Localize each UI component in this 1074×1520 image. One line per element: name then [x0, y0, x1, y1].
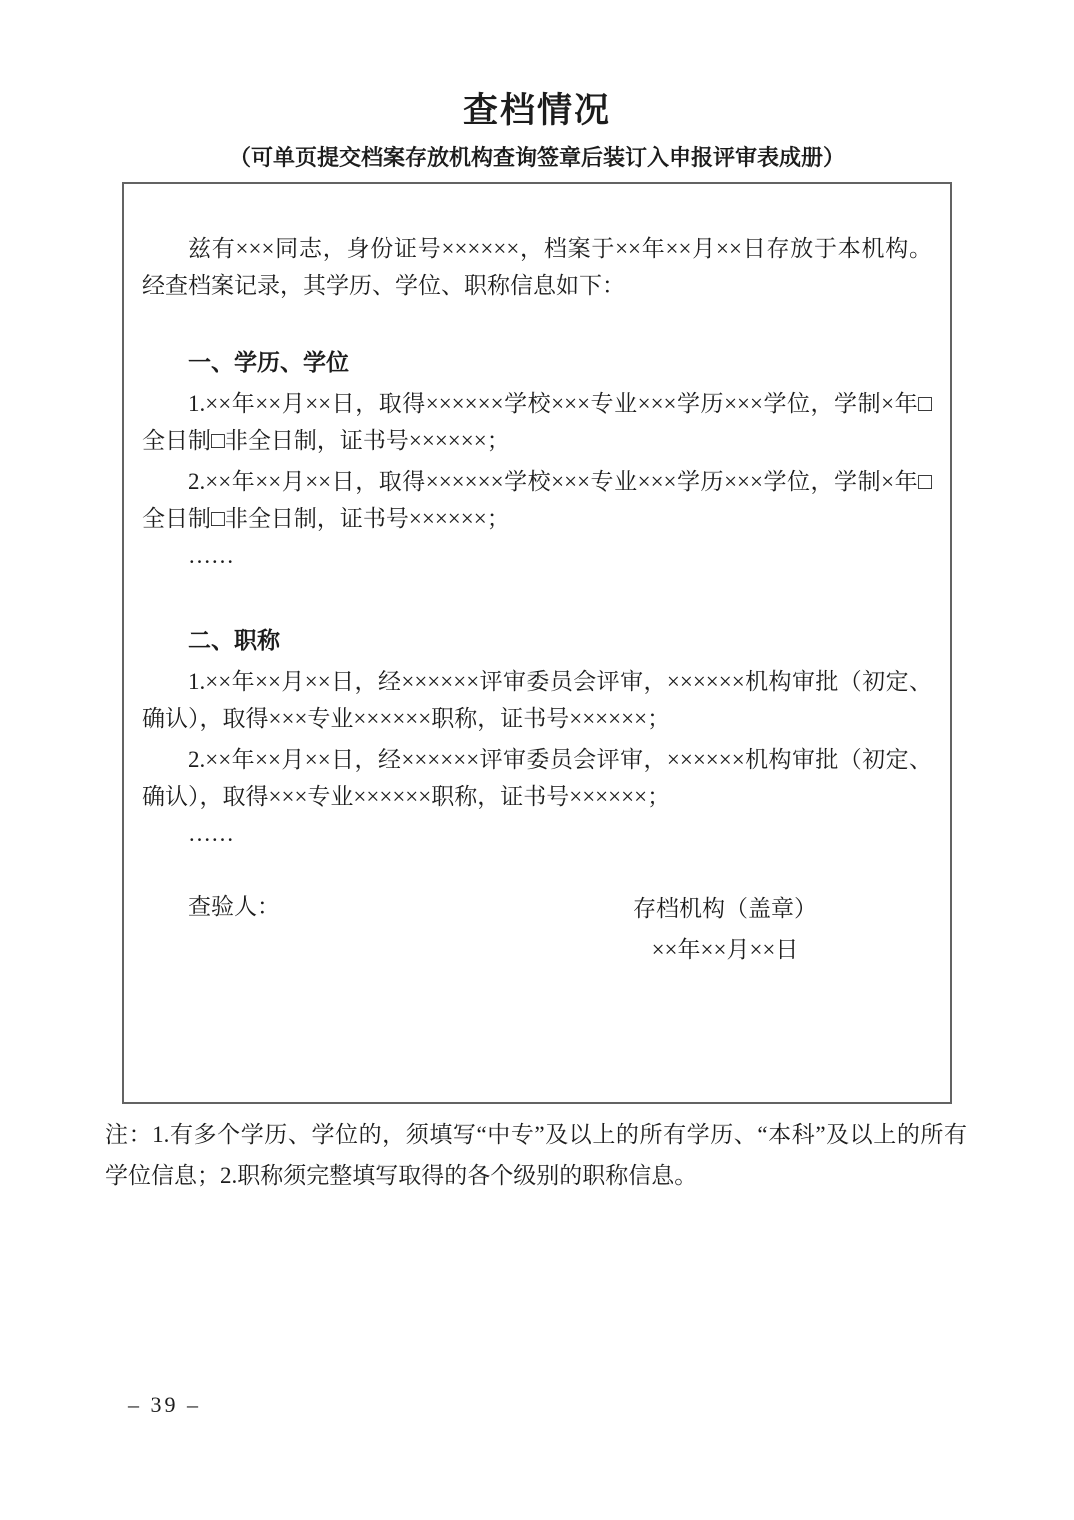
jobtitle-item-2: 2.××年××月××日，经××××××评审委员会评审，××××××机构审批（初定…: [142, 741, 932, 815]
org-seal-label: 存档机构（盖章）: [633, 888, 817, 929]
signature-date: ××年××月××日: [633, 929, 817, 970]
jobtitle-item-1: 1.××年××月××日，经××××××评审委员会评审，××××××机构审批（初定…: [142, 663, 932, 737]
inspector-label: 查验人：: [188, 888, 280, 925]
education-ellipsis: ……: [142, 537, 932, 574]
page-subtitle: （可单页提交档案存放机构查询签章后装订入申报评审表成册）: [0, 144, 1074, 172]
jobtitle-ellipsis: ……: [142, 815, 932, 852]
education-item-2: 2.××年××月××日，取得××××××学校×××专业×××学历×××学位，学制…: [142, 463, 932, 537]
education-item-1: 1.××年××月××日，取得××××××学校×××专业×××学历×××学位，学制…: [142, 385, 932, 459]
intro-paragraph: 兹有×××同志，身份证号××××××，档案于××年××月××日存放于本机构。经查…: [142, 230, 932, 304]
form-box: 兹有×××同志，身份证号××××××，档案于××年××月××日存放于本机构。经查…: [122, 182, 952, 1104]
section-education-heading: 一、学历、学位: [142, 344, 932, 381]
signature-row: 查验人： 存档机构（盖章） ××年××月××日: [142, 888, 932, 970]
document-page: 查档情况 （可单页提交档案存放机构查询签章后装订入申报评审表成册） 兹有×××同…: [0, 0, 1074, 1520]
page-title: 查档情况: [0, 0, 1074, 132]
org-signature-block: 存档机构（盖章） ××年××月××日: [633, 888, 817, 970]
page-number: – 39 –: [128, 1392, 201, 1418]
footnote: 注：1.有多个学历、学位的，须填写“中专”及以上的所有学历、“本科”及以上的所有…: [105, 1114, 967, 1196]
section-jobtitle-heading: 二、职称: [142, 622, 932, 659]
